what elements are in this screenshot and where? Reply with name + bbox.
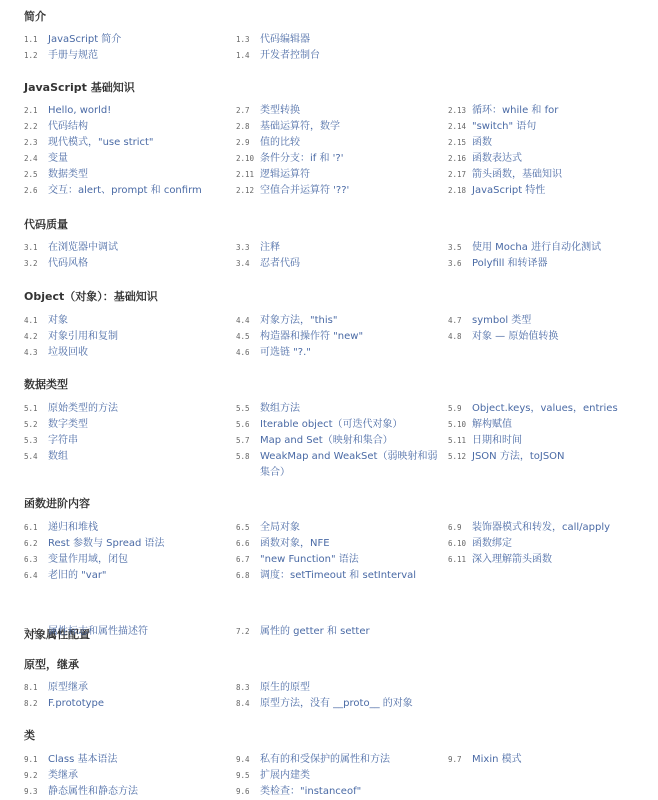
item-number: 2.2 xyxy=(24,119,38,135)
toc-column: 6.1递归和堆栈6.2Rest 参数与 Spread 语法6.3变量作用域，闭包… xyxy=(24,520,234,584)
toc-item[interactable]: 2.11逻辑运算符 xyxy=(236,167,446,183)
toc-item[interactable]: 5.5数组方法 xyxy=(236,401,446,417)
item-link[interactable]: 日期和时间 xyxy=(472,433,658,449)
toc-item[interactable]: 3.5使用 Mocha 进行自动化测试 xyxy=(448,240,658,256)
item-number: 6.10 xyxy=(448,536,466,552)
item-number: 1.2 xyxy=(24,48,38,64)
item-number: 5.1 xyxy=(24,401,38,417)
item-link[interactable]: 函数表达式 xyxy=(472,151,658,167)
item-link[interactable]: "switch" 语句 xyxy=(472,119,658,135)
item-number: 4.6 xyxy=(236,345,250,361)
item-link[interactable]: 老旧的 "var" xyxy=(48,568,234,584)
item-link[interactable]: 解构赋值 xyxy=(472,417,658,433)
toc-item[interactable]: 8.3原生的原型 xyxy=(236,680,446,696)
toc-item[interactable]: 9.7Mixin 模式 xyxy=(448,752,658,768)
item-number: 4.2 xyxy=(24,329,38,345)
toc-item[interactable]: 7.1属性标志和属性描述符 xyxy=(24,624,234,640)
toc-item[interactable]: 4.6可选链 "?." xyxy=(236,345,446,361)
toc-column: 6.5全局对象6.6函数对象，NFE6.7"new Function" 语法6.… xyxy=(236,520,446,584)
toc-item[interactable]: 6.11深入理解箭头函数 xyxy=(448,552,658,568)
item-link[interactable]: 条件分支：if 和 '?' xyxy=(260,151,446,167)
item-number: 5.2 xyxy=(24,417,38,433)
item-number: 1.4 xyxy=(236,48,250,64)
item-link[interactable]: JavaScript 简介 xyxy=(48,32,234,48)
toc-item[interactable]: 6.3变量作用域，闭包 xyxy=(24,552,234,568)
item-link[interactable]: Iterable object（可迭代对象） xyxy=(260,417,446,433)
item-link[interactable]: JavaScript 特性 xyxy=(472,183,658,199)
item-link[interactable]: 函数对象，NFE xyxy=(260,536,446,552)
toc-item[interactable]: 5.12JSON 方法，toJSON xyxy=(448,449,658,465)
toc-item[interactable]: 9.5扩展内建类 xyxy=(236,768,446,784)
item-number: 2.16 xyxy=(448,151,466,167)
item-number: 2.18 xyxy=(448,183,466,199)
toc-item[interactable]: 2.5数据类型 xyxy=(24,167,234,183)
section-heading: Object（对象）：基础知识 xyxy=(24,288,158,304)
item-number: 8.4 xyxy=(236,696,250,712)
toc-column: 8.1原型继承8.2F.prototype xyxy=(24,680,234,712)
item-number: 9.7 xyxy=(448,752,462,768)
item-number: 6.9 xyxy=(448,520,462,536)
item-link[interactable]: 对象 xyxy=(48,313,234,329)
toc-item[interactable]: 5.11日期和时间 xyxy=(448,433,658,449)
item-link[interactable]: 对象引用和复制 xyxy=(48,329,234,345)
toc-item[interactable]: 4.1对象 xyxy=(24,313,234,329)
toc-column: 6.9装饰器模式和转发，call/apply6.10函数绑定6.11深入理解箭头… xyxy=(448,520,658,568)
section-heading: 函数进阶内容 xyxy=(24,495,90,511)
toc-item[interactable]: 2.1Hello, world! xyxy=(24,103,234,119)
item-number: 6.2 xyxy=(24,536,38,552)
item-number: 2.17 xyxy=(448,167,466,183)
toc-item[interactable]: 2.3现代模式，"use strict" xyxy=(24,135,234,151)
item-number: 1.3 xyxy=(236,32,250,48)
item-number: 2.5 xyxy=(24,167,38,183)
item-link[interactable]: 忍者代码 xyxy=(260,256,446,272)
item-number: 2.10 xyxy=(236,151,254,167)
toc-item[interactable]: 4.3垃圾回收 xyxy=(24,345,234,361)
item-link[interactable]: 对象方法，"this" xyxy=(260,313,446,329)
item-number: 6.6 xyxy=(236,536,250,552)
item-number: 5.5 xyxy=(236,401,250,417)
item-link[interactable]: 可选链 "?." xyxy=(260,345,446,361)
item-number: 4.4 xyxy=(236,313,250,329)
item-link[interactable]: 手册与规范 xyxy=(48,48,234,64)
toc-item[interactable]: 3.6Polyfill 和转译器 xyxy=(448,256,658,272)
item-link[interactable]: 值的比较 xyxy=(260,135,446,151)
toc-item[interactable]: 9.6类检查："instanceof" xyxy=(236,784,446,800)
toc-item[interactable]: 8.1原型继承 xyxy=(24,680,234,696)
item-link[interactable]: 数字类型 xyxy=(48,417,234,433)
toc-column: 3.5使用 Mocha 进行自动化测试3.6Polyfill 和转译器 xyxy=(448,240,658,272)
toc-column: 7.1属性标志和属性描述符 xyxy=(24,624,234,640)
item-link[interactable]: 函数绑定 xyxy=(472,536,658,552)
toc-item[interactable]: 5.1原始类型的方法 xyxy=(24,401,234,417)
toc-item[interactable]: 5.9Object.keys，values，entries xyxy=(448,401,658,417)
toc-item[interactable]: 4.5构造器和操作符 "new" xyxy=(236,329,446,345)
section-heading: 简介 xyxy=(24,8,46,24)
item-link[interactable]: 函数 xyxy=(472,135,658,151)
item-number: 2.14 xyxy=(448,119,466,135)
toc-item[interactable]: 2.13循环：while 和 for xyxy=(448,103,658,119)
item-link[interactable]: Mixin 模式 xyxy=(472,752,658,768)
toc-item[interactable]: 2.8基础运算符，数学 xyxy=(236,119,446,135)
toc-item[interactable]: 6.4老旧的 "var" xyxy=(24,568,234,584)
item-link[interactable]: "new Function" 语法 xyxy=(260,552,446,568)
toc-item[interactable]: 4.2对象引用和复制 xyxy=(24,329,234,345)
item-link[interactable]: 字符串 xyxy=(48,433,234,449)
toc-item[interactable]: 8.2F.prototype xyxy=(24,696,234,712)
item-link[interactable]: 原始类型的方法 xyxy=(48,401,234,417)
item-number: 2.3 xyxy=(24,135,38,151)
item-link[interactable]: 类型转换 xyxy=(260,103,446,119)
toc-item[interactable]: 7.2属性的 getter 和 setter xyxy=(236,624,446,640)
toc-item[interactable]: 1.1JavaScript 简介 xyxy=(24,32,234,48)
toc-item[interactable]: 6.9装饰器模式和转发，call/apply xyxy=(448,520,658,536)
toc-item[interactable]: 9.2类继承 xyxy=(24,768,234,784)
toc-item[interactable]: 6.2Rest 参数与 Spread 语法 xyxy=(24,536,234,552)
item-link[interactable]: 垃圾回收 xyxy=(48,345,234,361)
toc-item[interactable]: 4.8对象 — 原始值转换 xyxy=(448,329,658,345)
toc-column: 3.1在浏览器中调试3.2代码风格 xyxy=(24,240,234,272)
toc-item[interactable]: 4.7symbol 类型 xyxy=(448,313,658,329)
toc-item[interactable]: 2.12空值合并运算符 '??' xyxy=(236,183,446,199)
toc-column: 2.13循环：while 和 for2.14"switch" 语句2.15函数2… xyxy=(448,103,658,199)
item-link[interactable]: 逻辑运算符 xyxy=(260,167,446,183)
item-link[interactable]: 数据类型 xyxy=(48,167,234,183)
item-link[interactable]: 循环：while 和 for xyxy=(472,103,658,119)
toc-item[interactable]: 6.6函数对象，NFE xyxy=(236,536,446,552)
toc-item[interactable]: 1.3代码编辑器 xyxy=(236,32,446,48)
toc-column: 1.3代码编辑器1.4开发者控制台 xyxy=(236,32,446,64)
toc-item[interactable]: 5.4数组 xyxy=(24,449,234,465)
toc-item[interactable]: 3.4忍者代码 xyxy=(236,256,446,272)
item-link[interactable]: 数组方法 xyxy=(260,401,446,417)
toc-item[interactable]: 1.4开发者控制台 xyxy=(236,48,446,64)
item-number: 4.3 xyxy=(24,345,38,361)
toc-item[interactable]: 2.4变量 xyxy=(24,151,234,167)
toc-item[interactable]: 2.18JavaScript 特性 xyxy=(448,183,658,199)
item-number: 5.6 xyxy=(236,417,250,433)
toc-item[interactable]: 2.2代码结构 xyxy=(24,119,234,135)
toc-item[interactable]: 5.10解构赋值 xyxy=(448,417,658,433)
item-link[interactable]: 深入理解箭头函数 xyxy=(472,552,658,568)
toc-column: 9.4私有的和受保护的属性和方法9.5扩展内建类9.6类检查："instance… xyxy=(236,752,446,800)
toc-item[interactable]: 2.7类型转换 xyxy=(236,103,446,119)
item-number: 4.7 xyxy=(448,313,462,329)
item-number: 5.7 xyxy=(236,433,250,449)
item-number: 8.3 xyxy=(236,680,250,696)
toc-item[interactable]: 3.2代码风格 xyxy=(24,256,234,272)
toc-item[interactable]: 5.8WeakMap and WeakSet（弱映射和弱集合） xyxy=(236,449,446,481)
toc-column: 8.3原生的原型8.4原型方法，没有 __proto__ 的对象 xyxy=(236,680,446,712)
item-link[interactable]: 基础运算符，数学 xyxy=(260,119,446,135)
item-number: 6.5 xyxy=(236,520,250,536)
item-link[interactable]: 原生的原型 xyxy=(260,680,446,696)
toc-column: 4.1对象4.2对象引用和复制4.3垃圾回收 xyxy=(24,313,234,361)
item-number: 5.9 xyxy=(448,401,462,417)
item-link[interactable]: 调度：setTimeout 和 setInterval xyxy=(260,568,446,584)
item-link[interactable]: 数组 xyxy=(48,449,234,465)
item-number: 2.4 xyxy=(24,151,38,167)
item-link[interactable]: 装饰器模式和转发，call/apply xyxy=(472,520,658,536)
item-number: 5.12 xyxy=(448,449,466,465)
item-link[interactable]: Hello, world! xyxy=(48,103,234,119)
toc-item[interactable]: 8.4原型方法，没有 __proto__ 的对象 xyxy=(236,696,446,712)
item-number: 2.6 xyxy=(24,183,38,199)
item-link[interactable]: 构造器和操作符 "new" xyxy=(260,329,446,345)
item-number: 4.1 xyxy=(24,313,38,329)
toc-item[interactable]: 2.15函数 xyxy=(448,135,658,151)
toc-column: 3.3注释3.4忍者代码 xyxy=(236,240,446,272)
item-number: 9.2 xyxy=(24,768,38,784)
toc-item[interactable]: 6.1递归和堆栈 xyxy=(24,520,234,536)
section-heading: 类 xyxy=(24,727,35,743)
toc-item[interactable]: 2.10条件分支：if 和 '?' xyxy=(236,151,446,167)
item-number: 2.7 xyxy=(236,103,250,119)
toc-column: 4.4对象方法，"this"4.5构造器和操作符 "new"4.6可选链 "?.… xyxy=(236,313,446,361)
item-link[interactable]: 代码编辑器 xyxy=(260,32,446,48)
toc-column: 7.2属性的 getter 和 setter xyxy=(236,624,446,640)
item-link[interactable]: 类继承 xyxy=(48,768,234,784)
item-number: 2.11 xyxy=(236,167,254,183)
item-link[interactable]: 扩展内建类 xyxy=(260,768,446,784)
item-link[interactable]: 代码风格 xyxy=(48,256,234,272)
item-number: 5.11 xyxy=(448,433,466,449)
item-number: 9.4 xyxy=(236,752,250,768)
toc-column: 4.7symbol 类型4.8对象 — 原始值转换 xyxy=(448,313,658,345)
toc-item[interactable]: 4.4对象方法，"this" xyxy=(236,313,446,329)
item-number: 5.3 xyxy=(24,433,38,449)
item-link[interactable]: symbol 类型 xyxy=(472,313,658,329)
toc-item[interactable]: 9.3静态属性和静态方法 xyxy=(24,784,234,800)
section-heading: 原型，继承 xyxy=(24,656,79,672)
toc-item[interactable]: 5.7Map and Set（映射和集合） xyxy=(236,433,446,449)
item-link[interactable]: 变量作用域，闭包 xyxy=(48,552,234,568)
toc-column: 2.7类型转换2.8基础运算符，数学2.9值的比较2.10条件分支：if 和 '… xyxy=(236,103,446,199)
item-number: 9.6 xyxy=(236,784,250,800)
item-number: 4.5 xyxy=(236,329,250,345)
item-number: 1.1 xyxy=(24,32,38,48)
item-link[interactable]: 原型继承 xyxy=(48,680,234,696)
toc-column: 5.9Object.keys，values，entries5.10解构赋值5.1… xyxy=(448,401,658,465)
item-number: 6.11 xyxy=(448,552,466,568)
toc-item[interactable]: 5.2数字类型 xyxy=(24,417,234,433)
item-number: 3.6 xyxy=(448,256,462,272)
item-link[interactable]: 静态属性和静态方法 xyxy=(48,784,234,800)
item-link[interactable]: 注释 xyxy=(260,240,446,256)
toc-item[interactable]: 9.4私有的和受保护的属性和方法 xyxy=(236,752,446,768)
toc-item[interactable]: 2.6交互：alert、prompt 和 confirm xyxy=(24,183,234,199)
item-number: 6.3 xyxy=(24,552,38,568)
section-heading: 数据类型 xyxy=(24,376,68,392)
toc-item[interactable]: 5.6Iterable object（可迭代对象） xyxy=(236,417,446,433)
toc-item[interactable]: 2.16函数表达式 xyxy=(448,151,658,167)
item-link[interactable]: 递归和堆栈 xyxy=(48,520,234,536)
item-number: 6.4 xyxy=(24,568,38,584)
item-number: 2.9 xyxy=(236,135,250,151)
item-number: 9.1 xyxy=(24,752,38,768)
item-number: 2.15 xyxy=(448,135,466,151)
item-link[interactable]: Polyfill 和转译器 xyxy=(472,256,658,272)
item-link[interactable]: JSON 方法，toJSON xyxy=(472,449,658,465)
item-link[interactable]: 属性的 getter 和 setter xyxy=(260,624,446,640)
item-link[interactable]: 交互：alert、prompt 和 confirm xyxy=(48,183,234,199)
item-link[interactable]: F.prototype xyxy=(48,696,234,712)
item-link[interactable]: Map and Set（映射和集合） xyxy=(260,433,446,449)
item-link[interactable]: 类检查："instanceof" xyxy=(260,784,446,800)
toc-column: 2.1Hello, world!2.2代码结构2.3现代模式，"use stri… xyxy=(24,103,234,199)
item-number: 3.3 xyxy=(236,240,250,256)
section-heading: 代码质量 xyxy=(24,216,68,232)
item-number: 5.10 xyxy=(448,417,466,433)
item-number: 7.1 xyxy=(24,624,38,640)
section-heading: JavaScript 基础知识 xyxy=(24,79,135,95)
item-number: 2.1 xyxy=(24,103,38,119)
item-link[interactable]: 代码结构 xyxy=(48,119,234,135)
toc-column: 5.1原始类型的方法5.2数字类型5.3字符串5.4数组 xyxy=(24,401,234,465)
item-link[interactable]: 对象 — 原始值转换 xyxy=(472,329,658,345)
item-number: 7.2 xyxy=(236,624,250,640)
item-link[interactable]: 私有的和受保护的属性和方法 xyxy=(260,752,446,768)
toc-item[interactable]: 2.14"switch" 语句 xyxy=(448,119,658,135)
item-link[interactable]: 变量 xyxy=(48,151,234,167)
item-number: 2.12 xyxy=(236,183,254,199)
item-number: 3.2 xyxy=(24,256,38,272)
toc-column: 1.1JavaScript 简介1.2手册与规范 xyxy=(24,32,234,64)
item-number: 6.7 xyxy=(236,552,250,568)
toc-item[interactable]: 6.7"new Function" 语法 xyxy=(236,552,446,568)
item-link[interactable]: 现代模式，"use strict" xyxy=(48,135,234,151)
toc-item[interactable]: 2.17箭头函数，基础知识 xyxy=(448,167,658,183)
item-link[interactable]: 原型方法，没有 __proto__ 的对象 xyxy=(260,696,446,712)
toc-item[interactable]: 3.3注释 xyxy=(236,240,446,256)
item-link[interactable]: 空值合并运算符 '??' xyxy=(260,183,446,199)
item-number: 3.4 xyxy=(236,256,250,272)
toc-item[interactable]: 5.3字符串 xyxy=(24,433,234,449)
item-link[interactable]: 属性标志和属性描述符 xyxy=(48,624,234,640)
toc-item[interactable]: 3.1在浏览器中调试 xyxy=(24,240,234,256)
item-number: 6.1 xyxy=(24,520,38,536)
item-link[interactable]: 使用 Mocha 进行自动化测试 xyxy=(472,240,658,256)
item-link[interactable]: 全局对象 xyxy=(260,520,446,536)
item-link[interactable]: WeakMap and WeakSet（弱映射和弱集合） xyxy=(260,449,446,481)
item-number: 8.1 xyxy=(24,680,38,696)
item-link[interactable]: 开发者控制台 xyxy=(260,48,446,64)
item-number: 5.8 xyxy=(236,449,250,465)
item-link[interactable]: Object.keys，values，entries xyxy=(472,401,658,417)
toc-item[interactable]: 2.9值的比较 xyxy=(236,135,446,151)
item-link[interactable]: Class 基本语法 xyxy=(48,752,234,768)
toc-item[interactable]: 6.8调度：setTimeout 和 setInterval xyxy=(236,568,446,584)
toc-column: 9.7Mixin 模式 xyxy=(448,752,658,768)
toc-column: 5.5数组方法5.6Iterable object（可迭代对象）5.7Map a… xyxy=(236,401,446,481)
item-number: 3.5 xyxy=(448,240,462,256)
item-number: 2.8 xyxy=(236,119,250,135)
item-link[interactable]: 箭头函数，基础知识 xyxy=(472,167,658,183)
item-number: 2.13 xyxy=(448,103,466,119)
item-number: 4.8 xyxy=(448,329,462,345)
item-link[interactable]: Rest 参数与 Spread 语法 xyxy=(48,536,234,552)
toc-item[interactable]: 6.10函数绑定 xyxy=(448,536,658,552)
item-link[interactable]: 在浏览器中调试 xyxy=(48,240,234,256)
item-number: 6.8 xyxy=(236,568,250,584)
toc-item[interactable]: 1.2手册与规范 xyxy=(24,48,234,64)
item-number: 9.3 xyxy=(24,784,38,800)
item-number: 9.5 xyxy=(236,768,250,784)
toc-column: 9.1Class 基本语法9.2类继承9.3静态属性和静态方法 xyxy=(24,752,234,800)
toc-item[interactable]: 9.1Class 基本语法 xyxy=(24,752,234,768)
toc-item[interactable]: 6.5全局对象 xyxy=(236,520,446,536)
item-number: 3.1 xyxy=(24,240,38,256)
item-number: 5.4 xyxy=(24,449,38,465)
item-number: 8.2 xyxy=(24,696,38,712)
